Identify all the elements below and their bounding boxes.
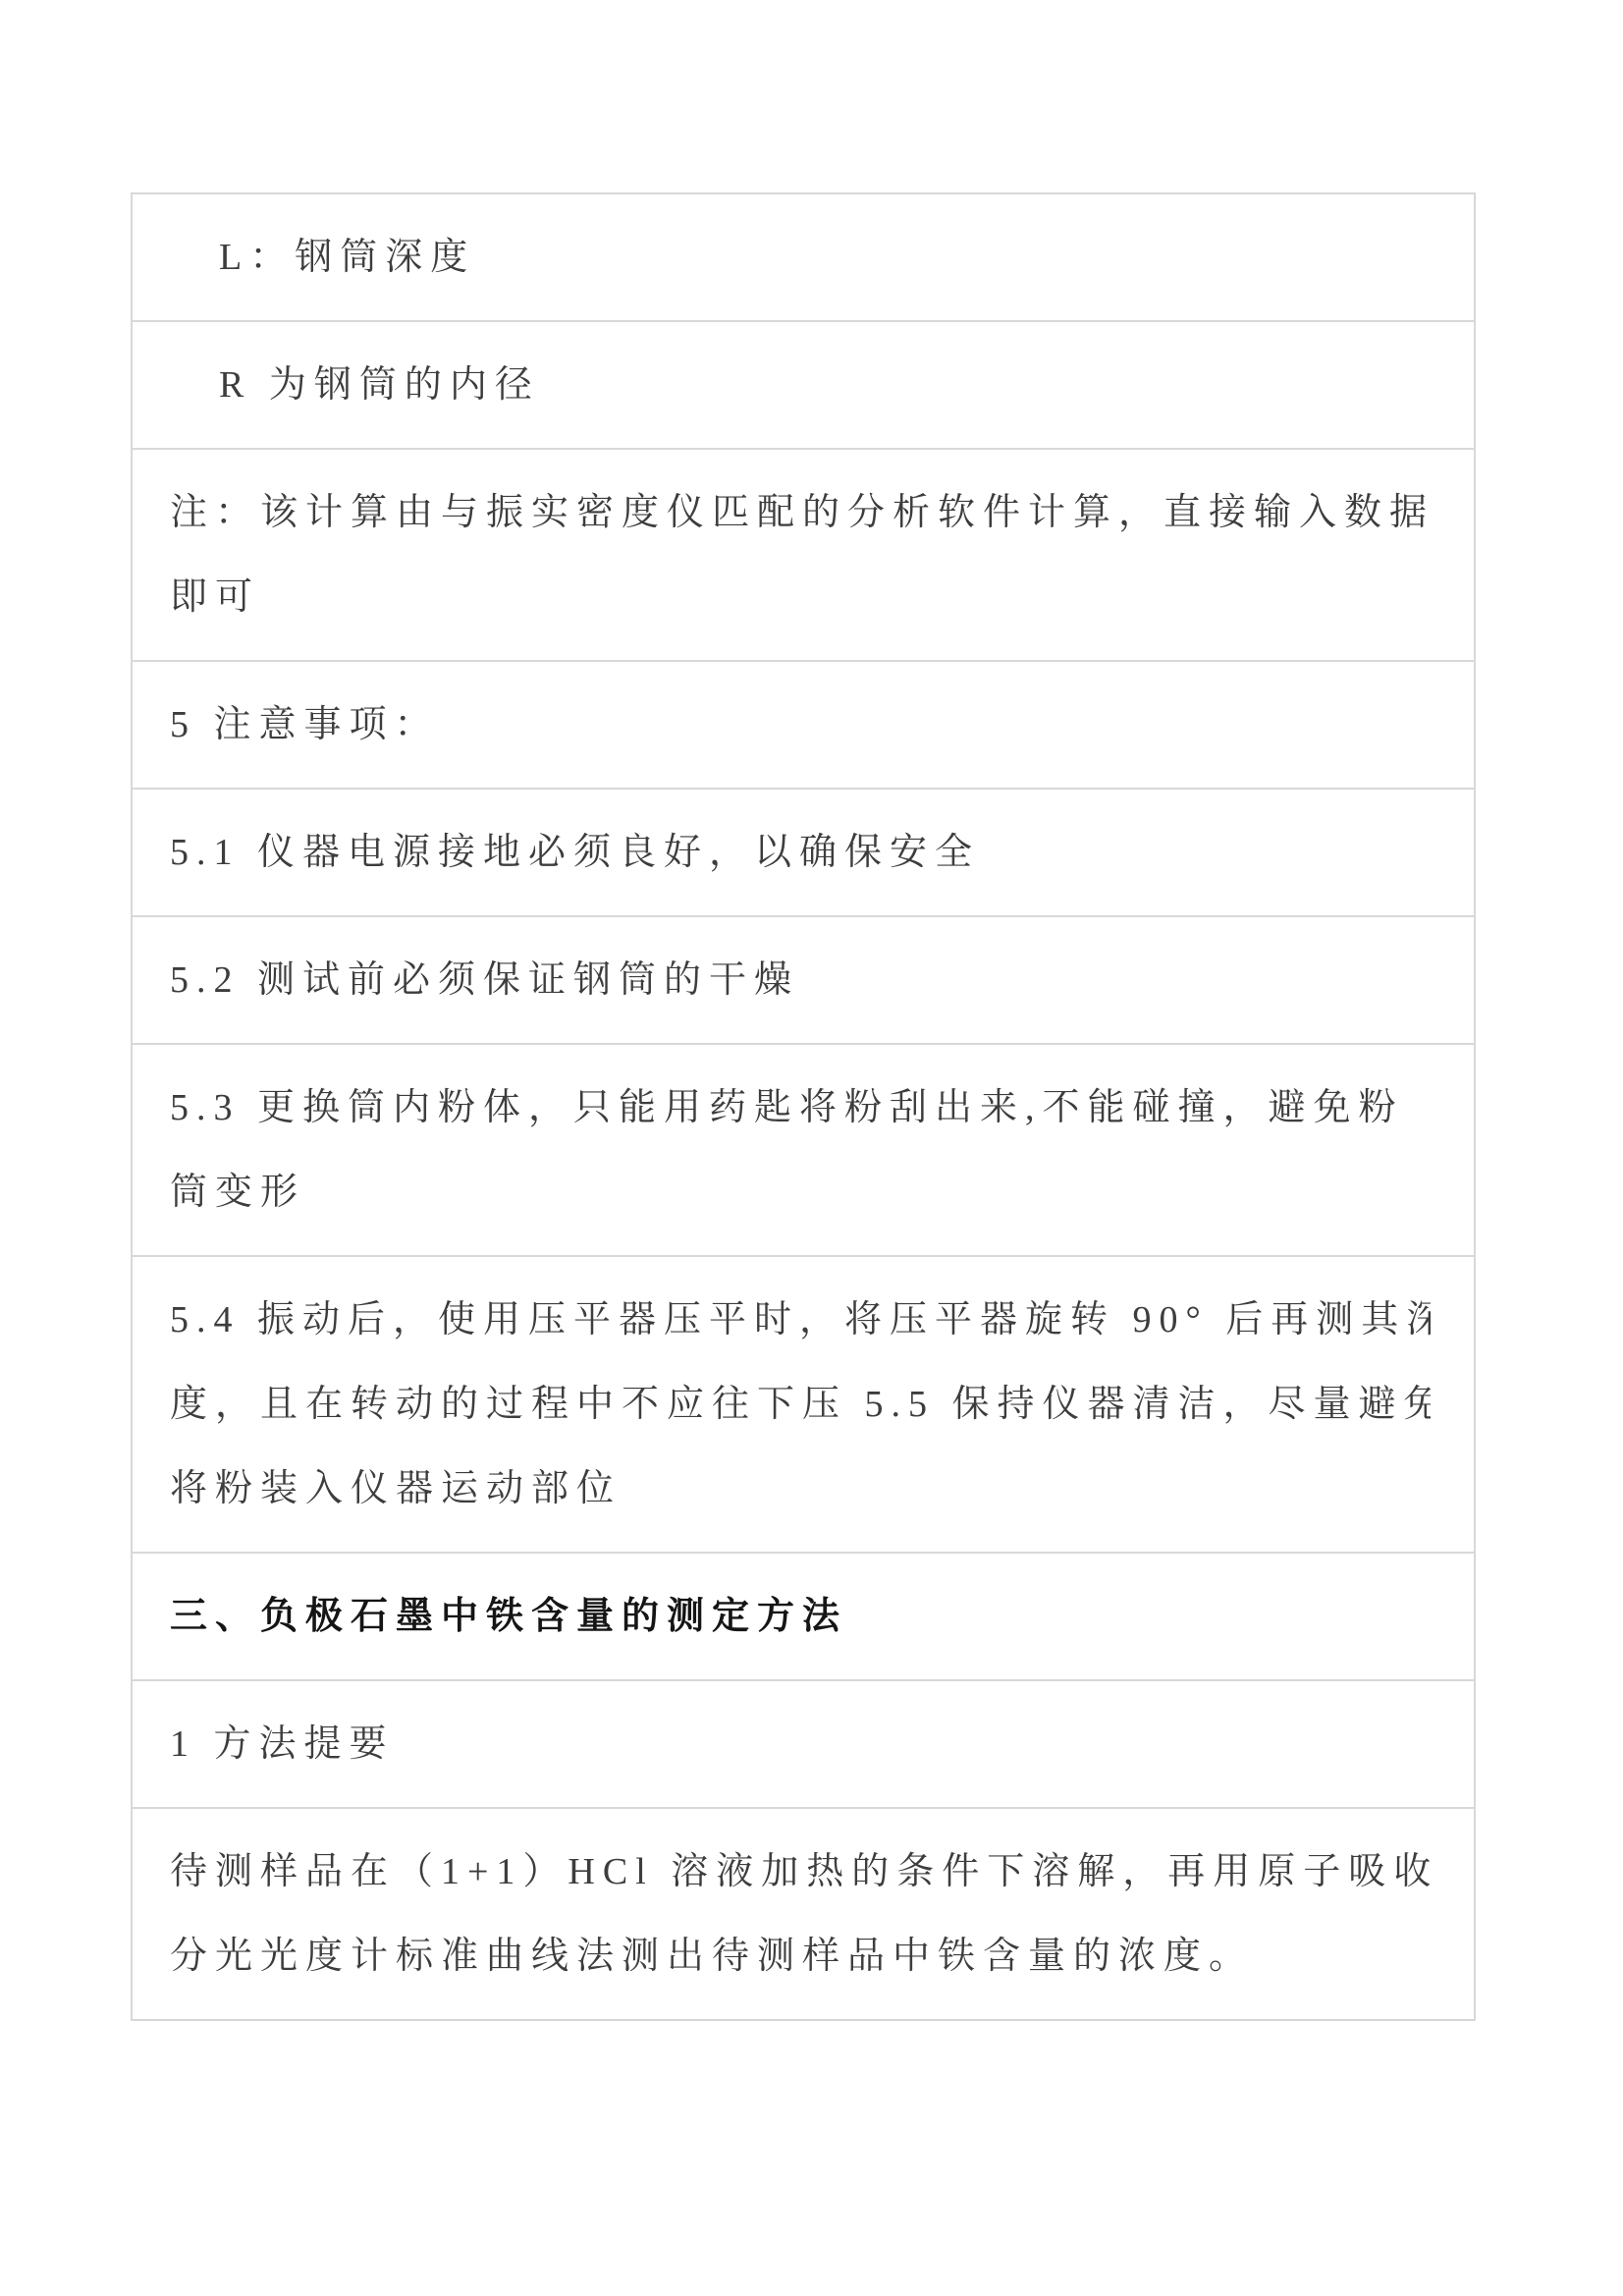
table-row: 待测样品在（1+1）HCl 溶液加热的条件下溶解，再用原子吸收分光光度计标准曲线…	[133, 1809, 1474, 2021]
document-table: L：钢筒深度R 为钢筒的内径注：该计算由与振实密度仪匹配的分析软件计算，直接输入…	[131, 192, 1476, 2021]
document-page: L：钢筒深度R 为钢筒的内径注：该计算由与振实密度仪匹配的分析软件计算，直接输入…	[0, 0, 1623, 2296]
text-line: R 为钢筒的内径	[219, 343, 1431, 427]
table-row: 5.3 更换筒内粉体，只能用药匙将粉刮出来,不能碰撞，避免粉筒变形	[133, 1045, 1474, 1257]
table-row: 5.4 振动后，使用压平器压平时，将压平器旋转 90° 后再测其深度，且在转动的…	[133, 1257, 1474, 1554]
text-line: 度，且在转动的过程中不应往下压 5.5 保持仪器清洁，尽量避免	[170, 1362, 1431, 1447]
table-row: 5 注意事项：	[133, 662, 1474, 790]
table-row: L：钢筒深度	[133, 194, 1474, 322]
text-line: 1 方法提要	[170, 1702, 1431, 1786]
text-line: 5.4 振动后，使用压平器压平时，将压平器旋转 90° 后再测其深	[170, 1278, 1431, 1362]
text-line: 5 注意事项：	[170, 683, 1431, 767]
text-line: 即可	[170, 555, 1431, 639]
text-line: 待测样品在（1+1）HCl 溶液加热的条件下溶解，再用原子吸收	[170, 1830, 1431, 1914]
table-row: 5.1 仪器电源接地必须良好，以确保安全	[133, 790, 1474, 917]
text-line: 三、负极石墨中铁含量的测定方法	[170, 1574, 1431, 1659]
text-line: 5.2 测试前必须保证钢筒的干燥	[170, 938, 1431, 1022]
text-line: 将粉装入仪器运动部位	[170, 1447, 1431, 1531]
table-row: 1 方法提要	[133, 1681, 1474, 1809]
table-row: 5.2 测试前必须保证钢筒的干燥	[133, 917, 1474, 1045]
table-row: R 为钢筒的内径	[133, 322, 1474, 450]
text-line: 筒变形	[170, 1150, 1431, 1234]
table-row-heading: 三、负极石墨中铁含量的测定方法	[133, 1554, 1474, 1681]
table-row: 注：该计算由与振实密度仪匹配的分析软件计算，直接输入数据即可	[133, 450, 1474, 662]
text-line: 注：该计算由与振实密度仪匹配的分析软件计算，直接输入数据	[170, 470, 1431, 555]
text-line: 5.1 仪器电源接地必须良好，以确保安全	[170, 810, 1431, 895]
text-line: L：钢筒深度	[219, 215, 1431, 300]
text-line: 5.3 更换筒内粉体，只能用药匙将粉刮出来,不能碰撞，避免粉	[170, 1066, 1431, 1150]
text-line: 分光光度计标准曲线法测出待测样品中铁含量的浓度。	[170, 1914, 1431, 1998]
